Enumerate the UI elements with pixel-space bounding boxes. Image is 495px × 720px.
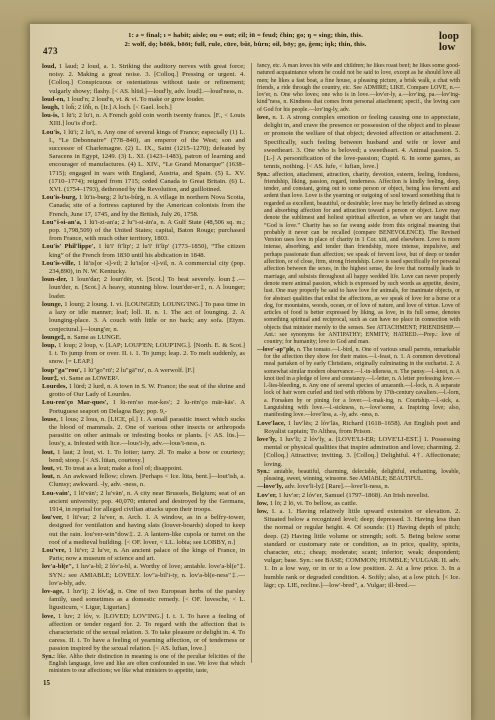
dictionary-entry: loup, 1 loup; 2 loup, v. [LAP; LOUP′EN; … [42, 342, 245, 367]
left-column: loud, 1 laud; 2 loud, a. 1. Striking the… [42, 63, 245, 711]
pronunciation-key: 1: ə = final; ı = habit; aisle; ou = out… [76, 31, 415, 49]
guide-words: loop low [439, 31, 459, 53]
entry-headword: lou-is, [42, 112, 61, 119]
dictionary-entry: Lou-vain′, 1 lū′vān′; 2 lu′vān′, n. A ci… [42, 490, 245, 515]
dictionary-entry: Love′lace, 1 luv′lēs; 2 lóv′lās, Richard… [257, 420, 460, 436]
dictionary-entry: Lou″i-si-an′a, 1 lū′i-zi-an′a; 2 lu″i-si… [42, 219, 245, 244]
dictionary-entry: Lou′is′ Phil′lippe′, 1 lū′ī′ fī′līp′; 2 … [42, 243, 245, 259]
entry-headword: love, [42, 613, 58, 620]
entry-headword: love′ly, [257, 436, 279, 443]
dictionary-entry: Lou′is, 1 lū′i; 2 lu′i, n. Any one of se… [42, 129, 245, 195]
entry-text: n. The tomato.—l.-bird, n. One of variou… [264, 347, 460, 419]
entry-headword: Syn.: [42, 654, 57, 660]
entry-headword: lounge, [42, 301, 64, 308]
dictionary-entry: lou-is, 1 lū′i; 2 lu′i, n. A French gold… [42, 112, 245, 128]
entry-headword: lour‡, [42, 375, 60, 382]
dictionary-entry: lough, 1 loĥ; 2 lŏĥ, n. [Ir.] A loch. [<… [42, 104, 245, 112]
dictionary-entry: loun-der, 1 loun′dar; 2 loun′dēr, vt. [S… [42, 276, 245, 301]
entry-headword: Lou′is′ Phil′lippe′, [42, 243, 98, 250]
entry-text: like. Altho their distinction in meaning… [49, 654, 245, 675]
entry-text: n. Same as LUNGE. [67, 334, 121, 341]
dictionary-entry: lout, vt. To treat as a lout; make a foo… [42, 465, 245, 473]
entry-text: 1 lounj; 2 loung. I. vi. [LOUNGED; LOUNG… [49, 301, 245, 333]
entry-text: 1 luv′ər; 2 lóv′er, Samuel (1797–1868). … [278, 492, 429, 499]
entry-text: adv. love′li-ly‡ [Rare].—love′li-ness, n… [285, 483, 389, 490]
dictionary-page: 473 1: ə = final; ı = habit; aisle; ou =… [30, 24, 471, 720]
entry-text: 1 loud′n; 2 loud′n, vt. & vi. To make or… [67, 96, 205, 103]
page-header: 473 1: ə = final; ı = habit; aisle; ou =… [42, 31, 461, 58]
pronunciation-key-line-1: 1: ə = final; ı = habit; aisle; ou = out… [76, 31, 415, 40]
entry-text: 1 lū′vr; 2 lu′vr, n. An ancient palace o… [49, 547, 245, 562]
entry-headword: lout, [42, 449, 57, 456]
entry-headword: Love′lace, [257, 420, 288, 427]
dictionary-entry: loud-en, 1 loud′n; 2 loud′n, vt. & vi. T… [42, 96, 245, 104]
entry-text: 1 lūrd; 2 lurd, n. A town in S. W. Franc… [49, 383, 245, 398]
entry-headword: Lou′is-ville, [42, 260, 78, 267]
entry-text: 1 lū′is[or -i]-vil; 2 lu′is[or -i]-vil, … [49, 260, 245, 275]
entry-headword: loup, [42, 342, 58, 349]
entry-text: affection, attachment, attraction, chari… [264, 172, 460, 346]
entry-headword: Lou-vain′, [42, 490, 73, 497]
dictionary-entry: Syn.: amiable, beautiful, charming, dele… [257, 469, 460, 484]
entry-text: n. 1. A strong complex emotion or feelin… [264, 114, 460, 170]
entry-headword: lov′a-bl(e″, [42, 563, 76, 570]
entry-text: 1 loup; 2 loup, v. [LAP; LOUP′EN; LOUP′I… [49, 342, 245, 365]
entry-headword: Syn.: [257, 469, 274, 475]
dictionary-entry: Lov′er, 1 luv′ər; 2 lóv′er, Samuel (1797… [257, 492, 460, 500]
entry-headword: lout, [42, 465, 56, 472]
dictionary-entry: fancy, etc. A man loves his wife and chi… [257, 63, 460, 114]
dictionary-entry: love, n. 1. A strong complex emotion or … [257, 114, 460, 171]
entry-text: 1 loun′dar; 2 loun′dēr, vt. [Scot.] To b… [49, 276, 245, 299]
dictionary-entry: Lou′vre, 1 lū′vr; 2 lu′vr, n. An ancient… [42, 547, 245, 563]
entry-text: 1 lō; 2 lō, vi. To bellow, as cattle. [270, 500, 358, 507]
entry-text: 1 lū′vān′; 2 lu′vān′, n. A city near Bru… [49, 490, 245, 513]
dictionary-entry: lov′a-bl(e″, 1 luv′a-bl; 2 lóv′a-bl, a. … [42, 563, 245, 588]
entry-text: vt. To treat as a lout; make a fool of; … [56, 465, 183, 472]
entry-headword: —love′ly, [257, 483, 285, 490]
dictionary-entry: low, 1 lō; 2 lō, vi. To bellow, as cattl… [257, 500, 460, 508]
dictionary-entry: lour‡, vi. Same as LOWER². [42, 375, 245, 383]
entry-headword: lout, [42, 473, 57, 480]
guide-word-bottom: low [439, 42, 459, 53]
dictionary-entry: lout, 1 laut; 2 lout, vi. 1. To loiter; … [42, 449, 245, 465]
entry-text: amiable, beautiful, charming, delectable… [264, 469, 460, 482]
dictionary-entry: lov-age, 1 luv′ij; 2 lóv′ağ, n. One of t… [42, 588, 245, 613]
entry-headword: louse, [42, 416, 60, 423]
dictionary-entry: lounge, 1 lounj; 2 loung. I. vi. [LOUNGE… [42, 301, 245, 334]
entry-text: 1 lū′i; 2 lu′i, n. A French gold coin wo… [49, 112, 245, 127]
entry-headword: loun-der, [42, 276, 71, 283]
entry-text: 1 loĥ; 2 lŏĥ, n. [Ir.] A loch. [< Gael. … [61, 104, 172, 111]
entry-headword: Lou-ren′ço Mar-ques′, [42, 399, 113, 406]
dictionary-entry: Lou′is-burg, 1 lū′is-bʉrg; 2 lu′is-bûrģ,… [42, 194, 245, 219]
signature-mark: 15 [43, 679, 50, 687]
entry-headword: Lou′is, [42, 129, 63, 136]
entry-text: 1 laut; 2 lout, vi. 1. To loiter; tarry.… [49, 449, 245, 464]
entry-headword: lounge‡, [42, 334, 67, 341]
entry-text: 1 lū″go″rū′; 2 lu″gā″ru′, n. A werwolf. … [83, 367, 194, 374]
entry-headword: lou′ver, [42, 514, 66, 521]
column-rule [251, 63, 252, 663]
entry-headword: lov-age, [42, 588, 67, 595]
entry-text: 1 luv′ij; 2 lóv′ağ, n. One of two Europe… [49, 588, 245, 611]
entry-headword: lough, [42, 104, 61, 111]
dictionary-entry: —love′-ap″ple, n. The tomato.—l.-bird, n… [257, 347, 460, 420]
dictionary-entry: low, I. a. 1. Having relatively little u… [257, 508, 460, 590]
entry-headword: loud, [42, 63, 59, 70]
dictionary-entry: loup″ga″rou′, 1 lū″go″rū′; 2 lu″gā″ru′, … [42, 367, 245, 375]
entry-text: 1 luv; 2 lóv, v. [LOVED; LOV′ING.] I. t.… [49, 613, 245, 653]
dictionary-entry: love′ly, 1 luv′li; 2 lóv′ly, a. [LOVE′LI… [257, 436, 460, 469]
dictionary-entry: Lourdes, 1 lūrd; 2 lurd, n. A town in S.… [42, 383, 245, 399]
entry-headword: loup″ga″rou′, [42, 367, 83, 374]
page-inner: 473 1: ə = final; ı = habit; aisle; ou =… [30, 24, 471, 711]
dictionary-entry: lounge‡, n. Same as LUNGE. [42, 334, 245, 342]
entry-text: 1 lū′is-bʉrg; 2 lu′is-bûrģ, n. A village… [49, 194, 245, 217]
pronunciation-key-line-2: 2: wolf, dọ; bōōk, bōōt; full, rule, cūr… [76, 40, 415, 49]
entry-text: 1 lū′var; 2 lu′ver, n. Arch. 1. A window… [49, 514, 245, 546]
dictionary-entry: lou′ver, 1 lū′var; 2 lu′ver, n. Arch. 1.… [42, 514, 245, 547]
entry-headword: Lou′is-burg, [42, 194, 79, 201]
entry-headword: love, [257, 114, 272, 121]
dictionary-entry: loud, 1 laud; 2 loud, a. 1. Striking the… [42, 63, 245, 96]
entry-text: fancy, etc. A man loves his wife and chi… [257, 63, 460, 113]
entry-text: 1 lous; 2 lous, n. [LICE, pl.] 1. A smal… [49, 416, 245, 448]
entry-headword: Syn.: [257, 172, 272, 178]
dictionary-entry: Syn.: affection, attachment, attraction,… [257, 172, 460, 347]
entry-headword: Lou′vre, [42, 547, 69, 554]
dictionary-entry: louse, 1 lous; 2 lous, n. [LICE, pl.] 1.… [42, 416, 245, 449]
page-number: 473 [43, 46, 58, 56]
entry-headword: Lov′er, [257, 492, 278, 499]
entry-text: n. An awkward fellow; clown. [Perhaps < … [49, 473, 245, 488]
entry-text: vi. Same as LOWER². [60, 375, 119, 382]
dictionary-entry: —love′ly, adv. love′li-ly‡ [Rare].—love′… [257, 483, 460, 491]
dictionary-entry: Syn.: like. Altho their distinction in m… [42, 654, 245, 676]
entry-headword: low, [257, 508, 272, 515]
entry-text: 1 luv′a-bl; 2 lóv′a-bl, a. Worthy of lov… [49, 563, 245, 586]
text-columns: loud, 1 laud; 2 loud, a. 1. Striking the… [42, 63, 461, 711]
dictionary-entry: Lou′is-ville, 1 lū′is[or -i]-vil; 2 lu′i… [42, 260, 245, 276]
entry-headword: —love′-ap″ple, [257, 347, 297, 353]
dictionary-entry: love, 1 luv; 2 lóv, v. [LOVED; LOV′ING.]… [42, 613, 245, 654]
dictionary-entry: lout, n. An awkward fellow; clown. [Perh… [42, 473, 245, 489]
entry-headword: loud-en, [42, 96, 67, 103]
entry-text: I. a. 1. Having relatively little upward… [264, 508, 460, 589]
entry-headword: Lourdes, [42, 383, 69, 390]
entry-headword: Lou″i-si-an′a, [42, 219, 84, 226]
entry-text: 1 luv′lēs; 2 lóv′lās, Richard (1618–1658… [264, 420, 460, 435]
dictionary-entry: Lou-ren′ço Mar-ques′, 1 lū-ren′so mər-ke… [42, 399, 245, 415]
entry-text: 1 luv′li; 2 lóv′ly, a. [LOVE′LI-ER; LOVE… [264, 436, 460, 468]
entry-headword: low, [257, 500, 270, 507]
entry-text: 1 lū′i; 2 lu′i, n. Any one of several ki… [49, 129, 245, 193]
right-column: fancy, etc. A man loves his wife and chi… [257, 63, 460, 711]
entry-text: 1 laud; 2 loud, a. 1. Striking the audit… [49, 63, 245, 95]
